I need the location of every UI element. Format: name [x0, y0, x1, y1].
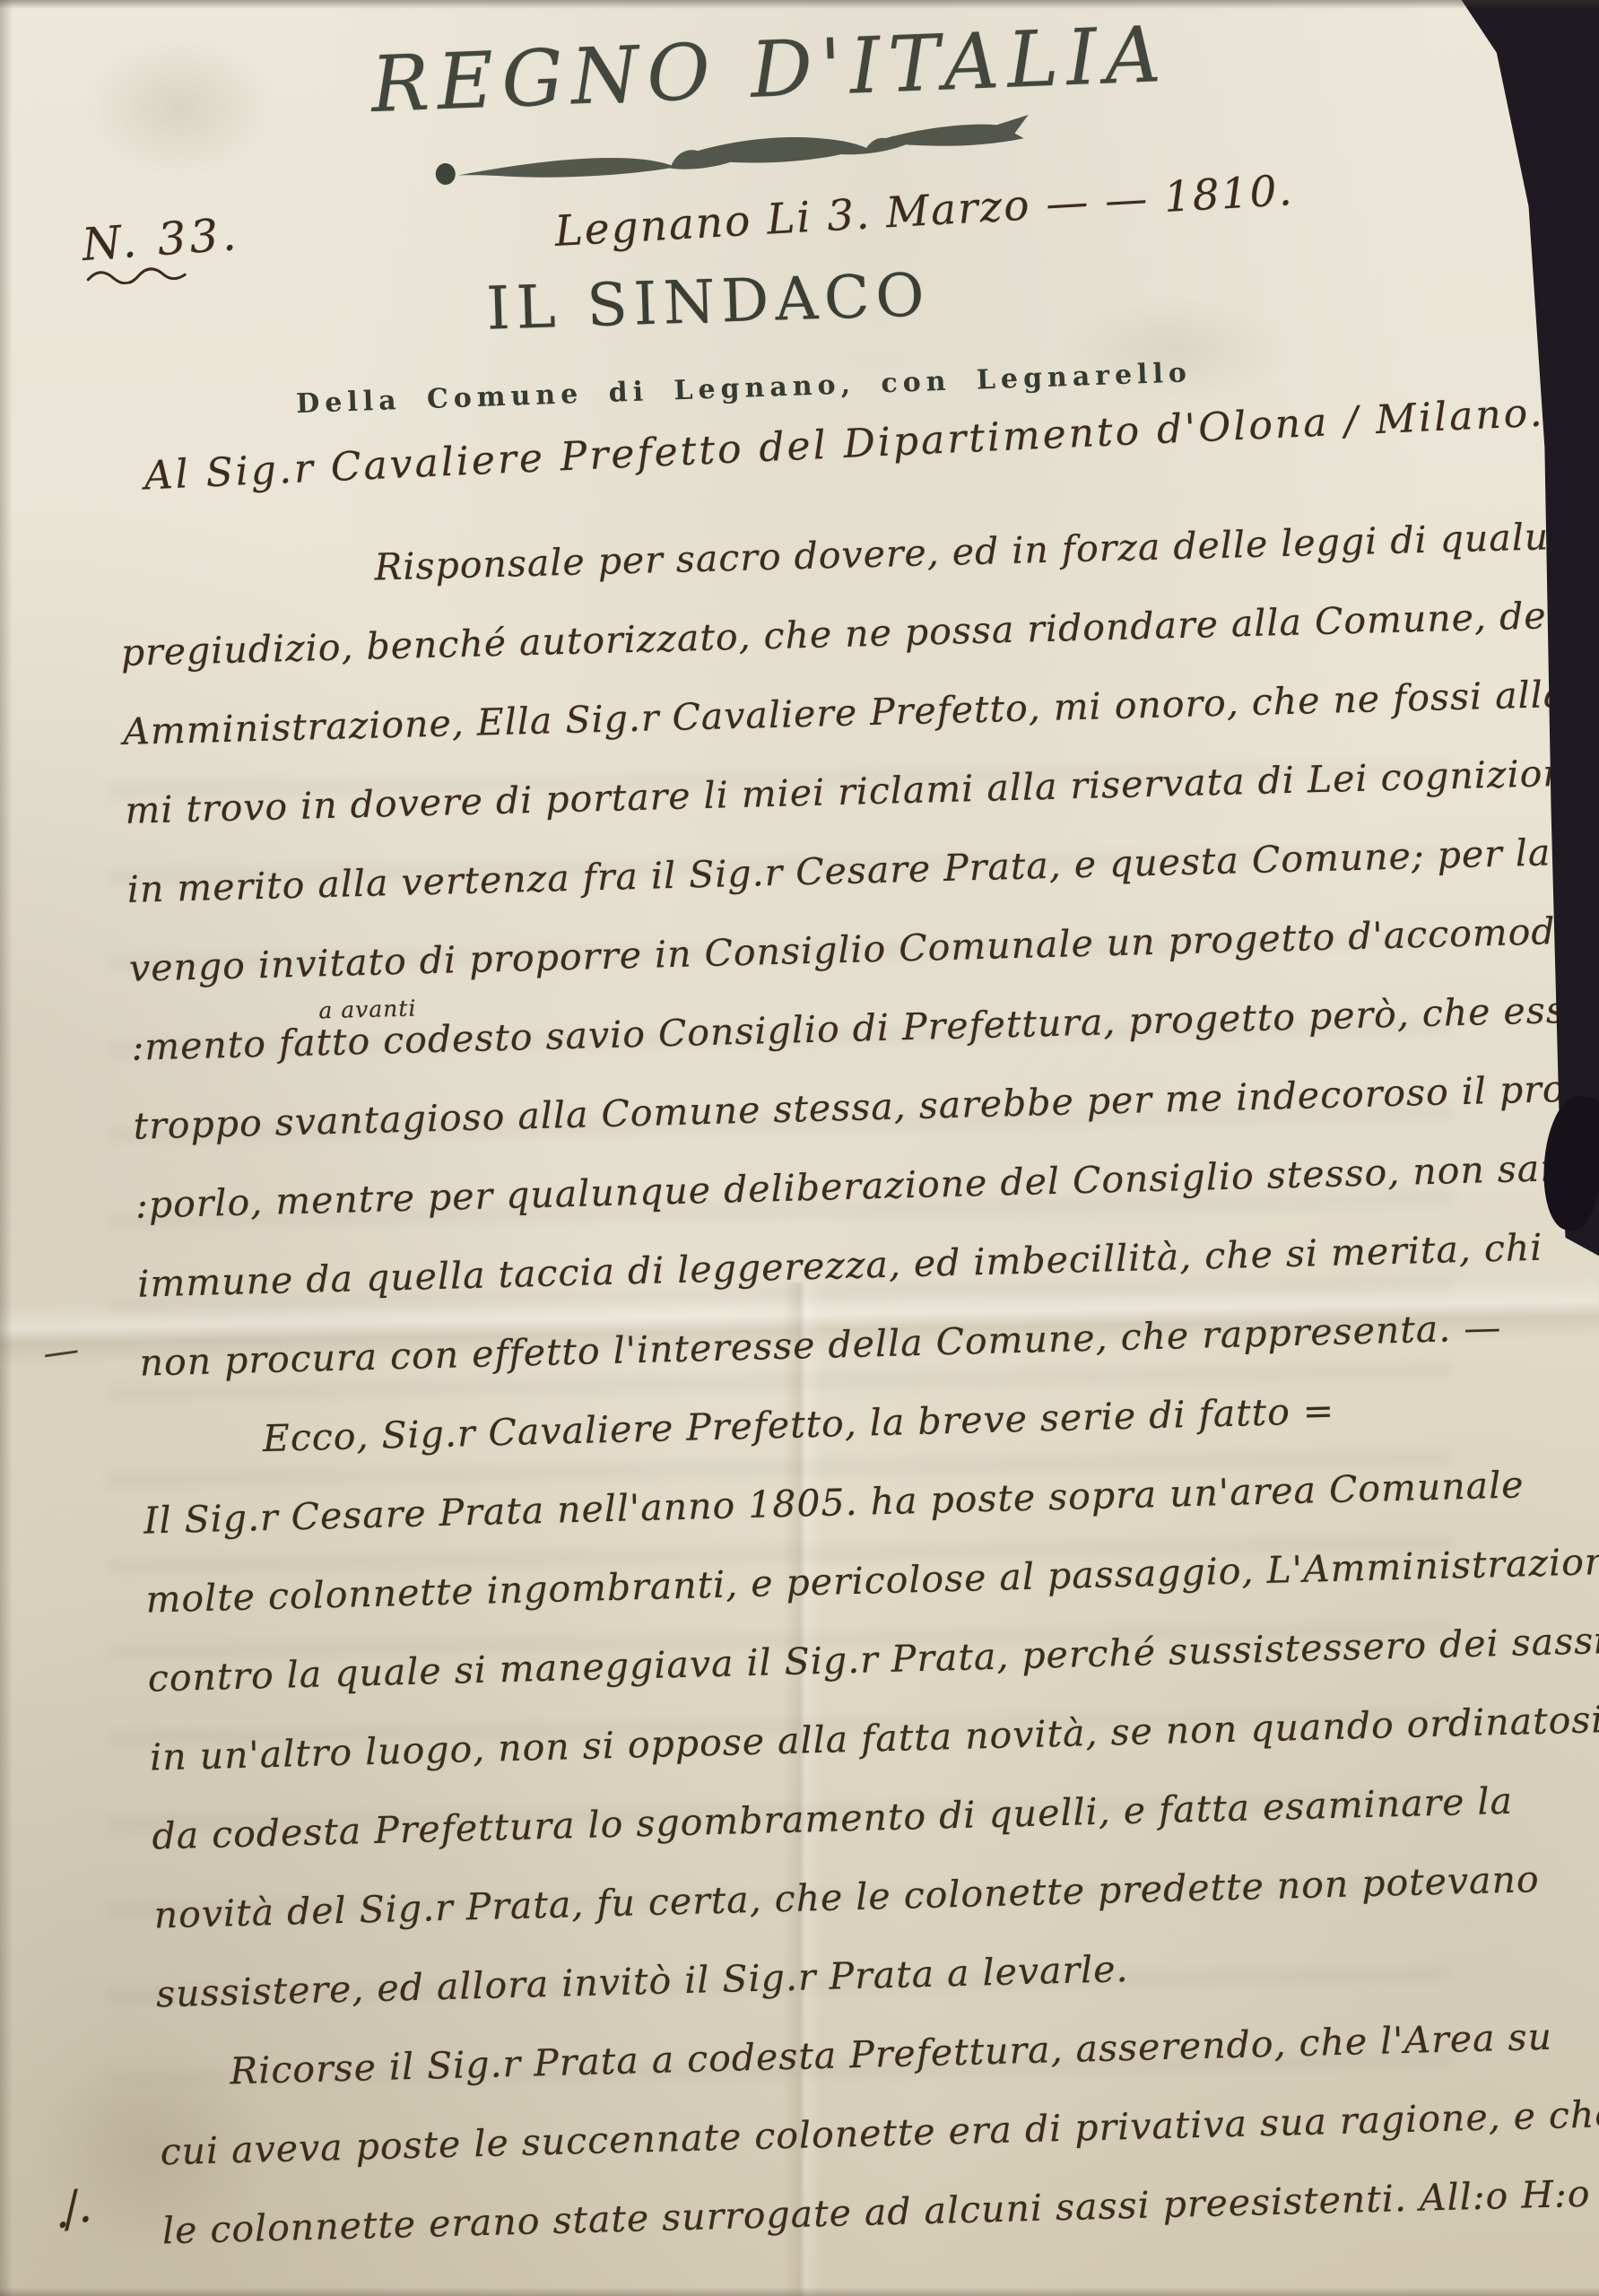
body-line-text: Il Sig.r Cesare Prata nell'anno 1805. ha…	[143, 1463, 1525, 1542]
letterhead: REGNO D'ITALIA	[293, 7, 1249, 200]
office-subtitle: Della Comune di Legnano, con Legnarello	[296, 358, 1176, 420]
manuscript-letter-page: REGNO D'ITALIA N. 33. Legnano Li 3. Marz…	[0, 0, 1599, 2296]
body-line-text: le colonnette erano state surrogate ad a…	[161, 2170, 1599, 2252]
body-line-text: vengo invitato di proporre in Consiglio …	[129, 909, 1579, 990]
body-line-text: Ecco, Sig.r Cavaliere Prefetto, la breve…	[262, 1389, 1334, 1460]
body-line: Il Sig.r Cesare Prata nell'anno 1805. ha…	[143, 1463, 1525, 1542]
body-line: troppo svantagioso alla Comune stessa, s…	[133, 1067, 1566, 1148]
body-line-text: troppo svantagioso alla Comune stessa, s…	[133, 1067, 1566, 1148]
body-line: Amministrazione, Ella Sig.r Cavaliere Pr…	[123, 670, 1599, 753]
body-line-text: pregiudizio, benché autorizzato, che ne …	[120, 591, 1599, 674]
body-line-text: Risponsale per sacro dovere, ed in forza…	[374, 509, 1599, 589]
body-line-text: novità del Sig.r Prata, fu certa, che le…	[153, 1857, 1540, 1936]
office-title: IL SINDACO	[421, 258, 996, 345]
body-line: Ricorse il Sig.r Prata a codesta Prefett…	[230, 2015, 1553, 2093]
reference-number: N. 33.	[81, 208, 243, 287]
body-line: mi trovo in dovere di portare li miei ri…	[125, 751, 1591, 832]
body-line: da codesta Prefettura lo sgombramento di…	[152, 1779, 1514, 1858]
body-line: contro la quale si maneggiava il Sig.r P…	[147, 1619, 1599, 1700]
body-line-text: contro la quale si maneggiava il Sig.r P…	[147, 1619, 1599, 1700]
body-line-text: in merito alla vertenza fra il Sig.r Ces…	[126, 828, 1599, 911]
body-line-text: sussistere, ed allora invitò il Sig.r Pr…	[155, 1947, 1129, 2015]
letter-body: Risponsale per sacro dovere, ed in forza…	[118, 515, 1599, 2292]
body-line: sussistere, ed allora invitò il Sig.r Pr…	[155, 1947, 1129, 2015]
paper-stain	[81, 36, 278, 179]
body-line: pregiudizio, benché autorizzato, che ne …	[120, 591, 1599, 674]
body-line: le colonnette erano state surrogate ad a…	[161, 2170, 1599, 2252]
body-line: vengo invitato di proporre in Consiglio …	[129, 909, 1579, 990]
kingdom-title: REGNO D'ITALIA	[293, 7, 1247, 134]
body-line-text: non procura con effetto l'interesse dell…	[139, 1306, 1502, 1385]
body-line-text: Amministrazione, Ella Sig.r Cavaliere Pr…	[123, 670, 1599, 753]
body-line-text: in un'altro luogo, non si oppose alla fa…	[150, 1698, 1599, 1779]
body-line-text: immune da quella taccia di leggerezza, e…	[137, 1226, 1543, 1306]
body-line-text: molte colonnette ingombranti, e pericolo…	[145, 1539, 1599, 1621]
paper-edge-shadow-left	[0, 0, 13, 2296]
interline-insertion: a avanti	[318, 995, 417, 1023]
body-line-text: mi trovo in dovere di portare li miei ri…	[125, 751, 1591, 832]
paper-edge-shadow-top	[0, 0, 1599, 9]
body-line: non procura con effetto l'interesse dell…	[139, 1306, 1502, 1385]
reference-number-text: N. 33.	[81, 208, 241, 271]
body-line: in merito alla vertenza fra il Sig.r Ces…	[126, 828, 1599, 911]
body-line-text: da codesta Prefettura lo sgombramento di…	[152, 1779, 1514, 1858]
body-line-text: cui aveva poste le succennate colonette …	[160, 2092, 1599, 2174]
body-line-text: :porlo, mentre per qualunque deliberazio…	[135, 1145, 1594, 1227]
paper-edge-shadow-bottom	[0, 2287, 1599, 2296]
body-line: in un'altro luogo, non si oppose alla fa…	[150, 1698, 1599, 1779]
body-line: immune da quella taccia di leggerezza, e…	[137, 1226, 1543, 1306]
body-line: cui aveva poste le succennate colonette …	[160, 2092, 1599, 2174]
body-line: Risponsale per sacro dovere, ed in forza…	[374, 509, 1599, 589]
body-line: Ecco, Sig.r Cavaliere Prefetto, la breve…	[262, 1389, 1334, 1460]
body-line: :mento fatto codesto savio Consiglio di …	[131, 986, 1599, 1069]
body-line-text: Ricorse il Sig.r Prata a codesta Prefett…	[230, 2015, 1553, 2093]
body-line: novità del Sig.r Prata, fu certa, che le…	[153, 1857, 1540, 1936]
margin-dash: —	[40, 1328, 82, 1374]
body-line: molte colonnette ingombranti, e pericolo…	[145, 1539, 1599, 1621]
body-line: :porlo, mentre per qualunque deliberazio…	[135, 1145, 1594, 1227]
